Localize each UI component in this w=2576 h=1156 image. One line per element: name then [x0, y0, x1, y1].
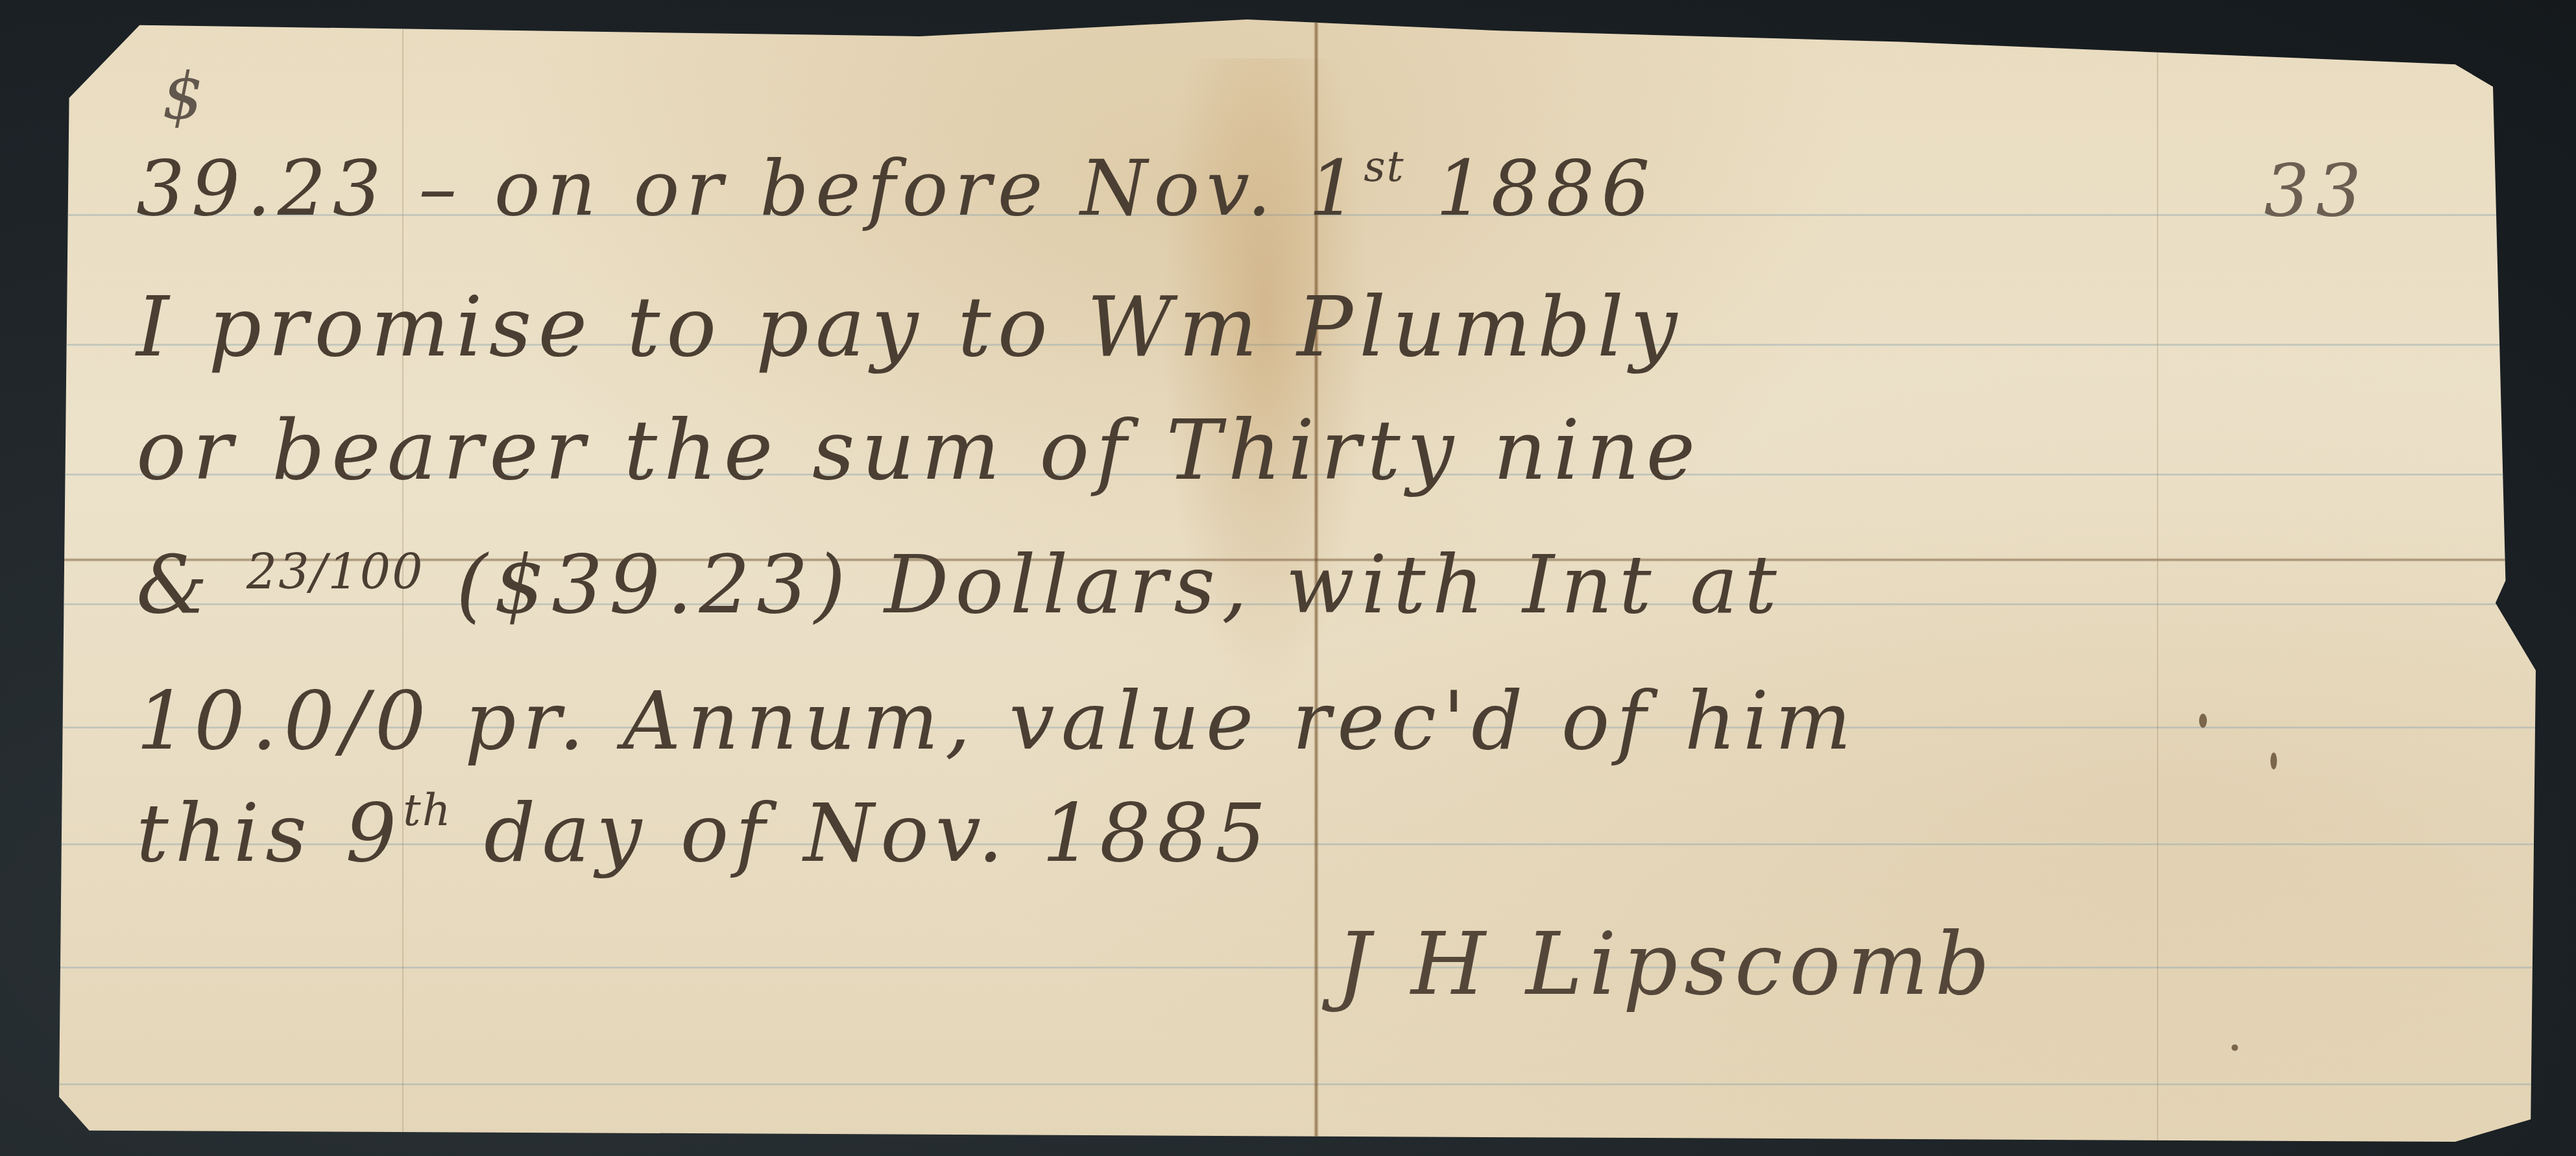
sum-line: & 23/100 ($39.23) Dollars, with Int at [136, 538, 1783, 632]
ink-spot [2232, 1044, 2238, 1051]
amount-due-line: 39.23 – on or before Nov. 1st 1886 [136, 143, 1656, 233]
crease-line [2157, 19, 2158, 1142]
interest-line: 10.0/0 pr. Annum, value rec'd of him [136, 675, 1858, 768]
ruled-line [39, 967, 2556, 969]
signature: J H Lipscomb [1336, 915, 1996, 1015]
promise-line: I promise to pay to Wm Plumbly [136, 279, 1683, 376]
sum-prefix: & [136, 538, 247, 632]
date-line: this 9th day of Nov. 1885 [136, 785, 1273, 880]
amount-value: 39.23 [136, 143, 388, 233]
corner-number: 33 [2264, 149, 2368, 232]
due-year: 1886 [1436, 143, 1656, 233]
sum-fraction: 23/100 [247, 544, 424, 600]
ruled-line [39, 1083, 2556, 1085]
ink-spot [2199, 714, 2207, 728]
date-rest: day of Nov. 1885 [452, 787, 1273, 880]
dollar-sign: $ [162, 58, 210, 134]
sum-rest: ($39.23) Dollars, with Int at [424, 538, 1783, 632]
date-prefix: this 9 [136, 787, 403, 880]
due-ordinal: st [1364, 143, 1404, 191]
ink-spot [2270, 753, 2277, 769]
date-ordinal: th [403, 785, 451, 836]
bearer-line: or bearer the sum of Thirty nine [136, 402, 1702, 499]
promissory-note-paper: $ 39.23 – on or before Nov. 1st 1886 33 … [39, 19, 2556, 1142]
due-text: – on or before Nov. 1 [418, 143, 1364, 233]
